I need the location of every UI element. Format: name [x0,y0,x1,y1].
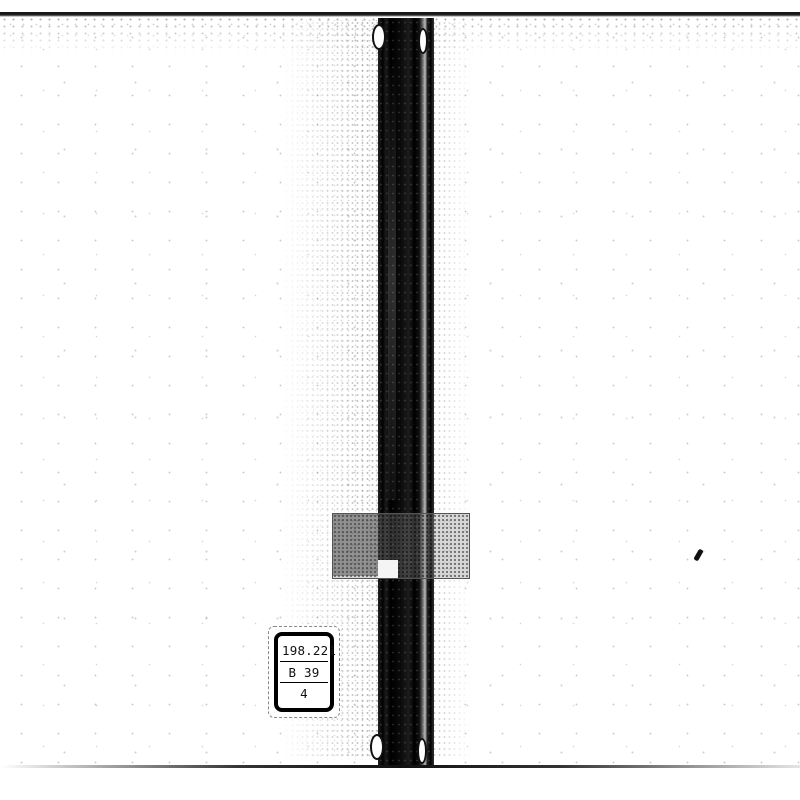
spine-cap-icon [417,738,427,764]
spine-cap-icon [372,24,386,50]
call-number-cutter: B 39 [280,662,328,684]
spine-texture [378,18,434,766]
call-number-label: 198.221 B 39 4 [268,626,340,718]
spine-shadow-right [432,20,472,760]
call-number-class: 198.221 [280,640,328,662]
bottom-edge [0,765,800,768]
spine-cap-icon [418,28,428,54]
scanned-cover: 198.221 B 39 4 [0,0,800,800]
call-number-volume: 4 [280,683,328,704]
spine-cap-icon [370,734,384,760]
tape-tear [378,560,398,578]
tape-repair-shadow [333,514,378,576]
call-number-frame: 198.221 B 39 4 [274,632,334,712]
